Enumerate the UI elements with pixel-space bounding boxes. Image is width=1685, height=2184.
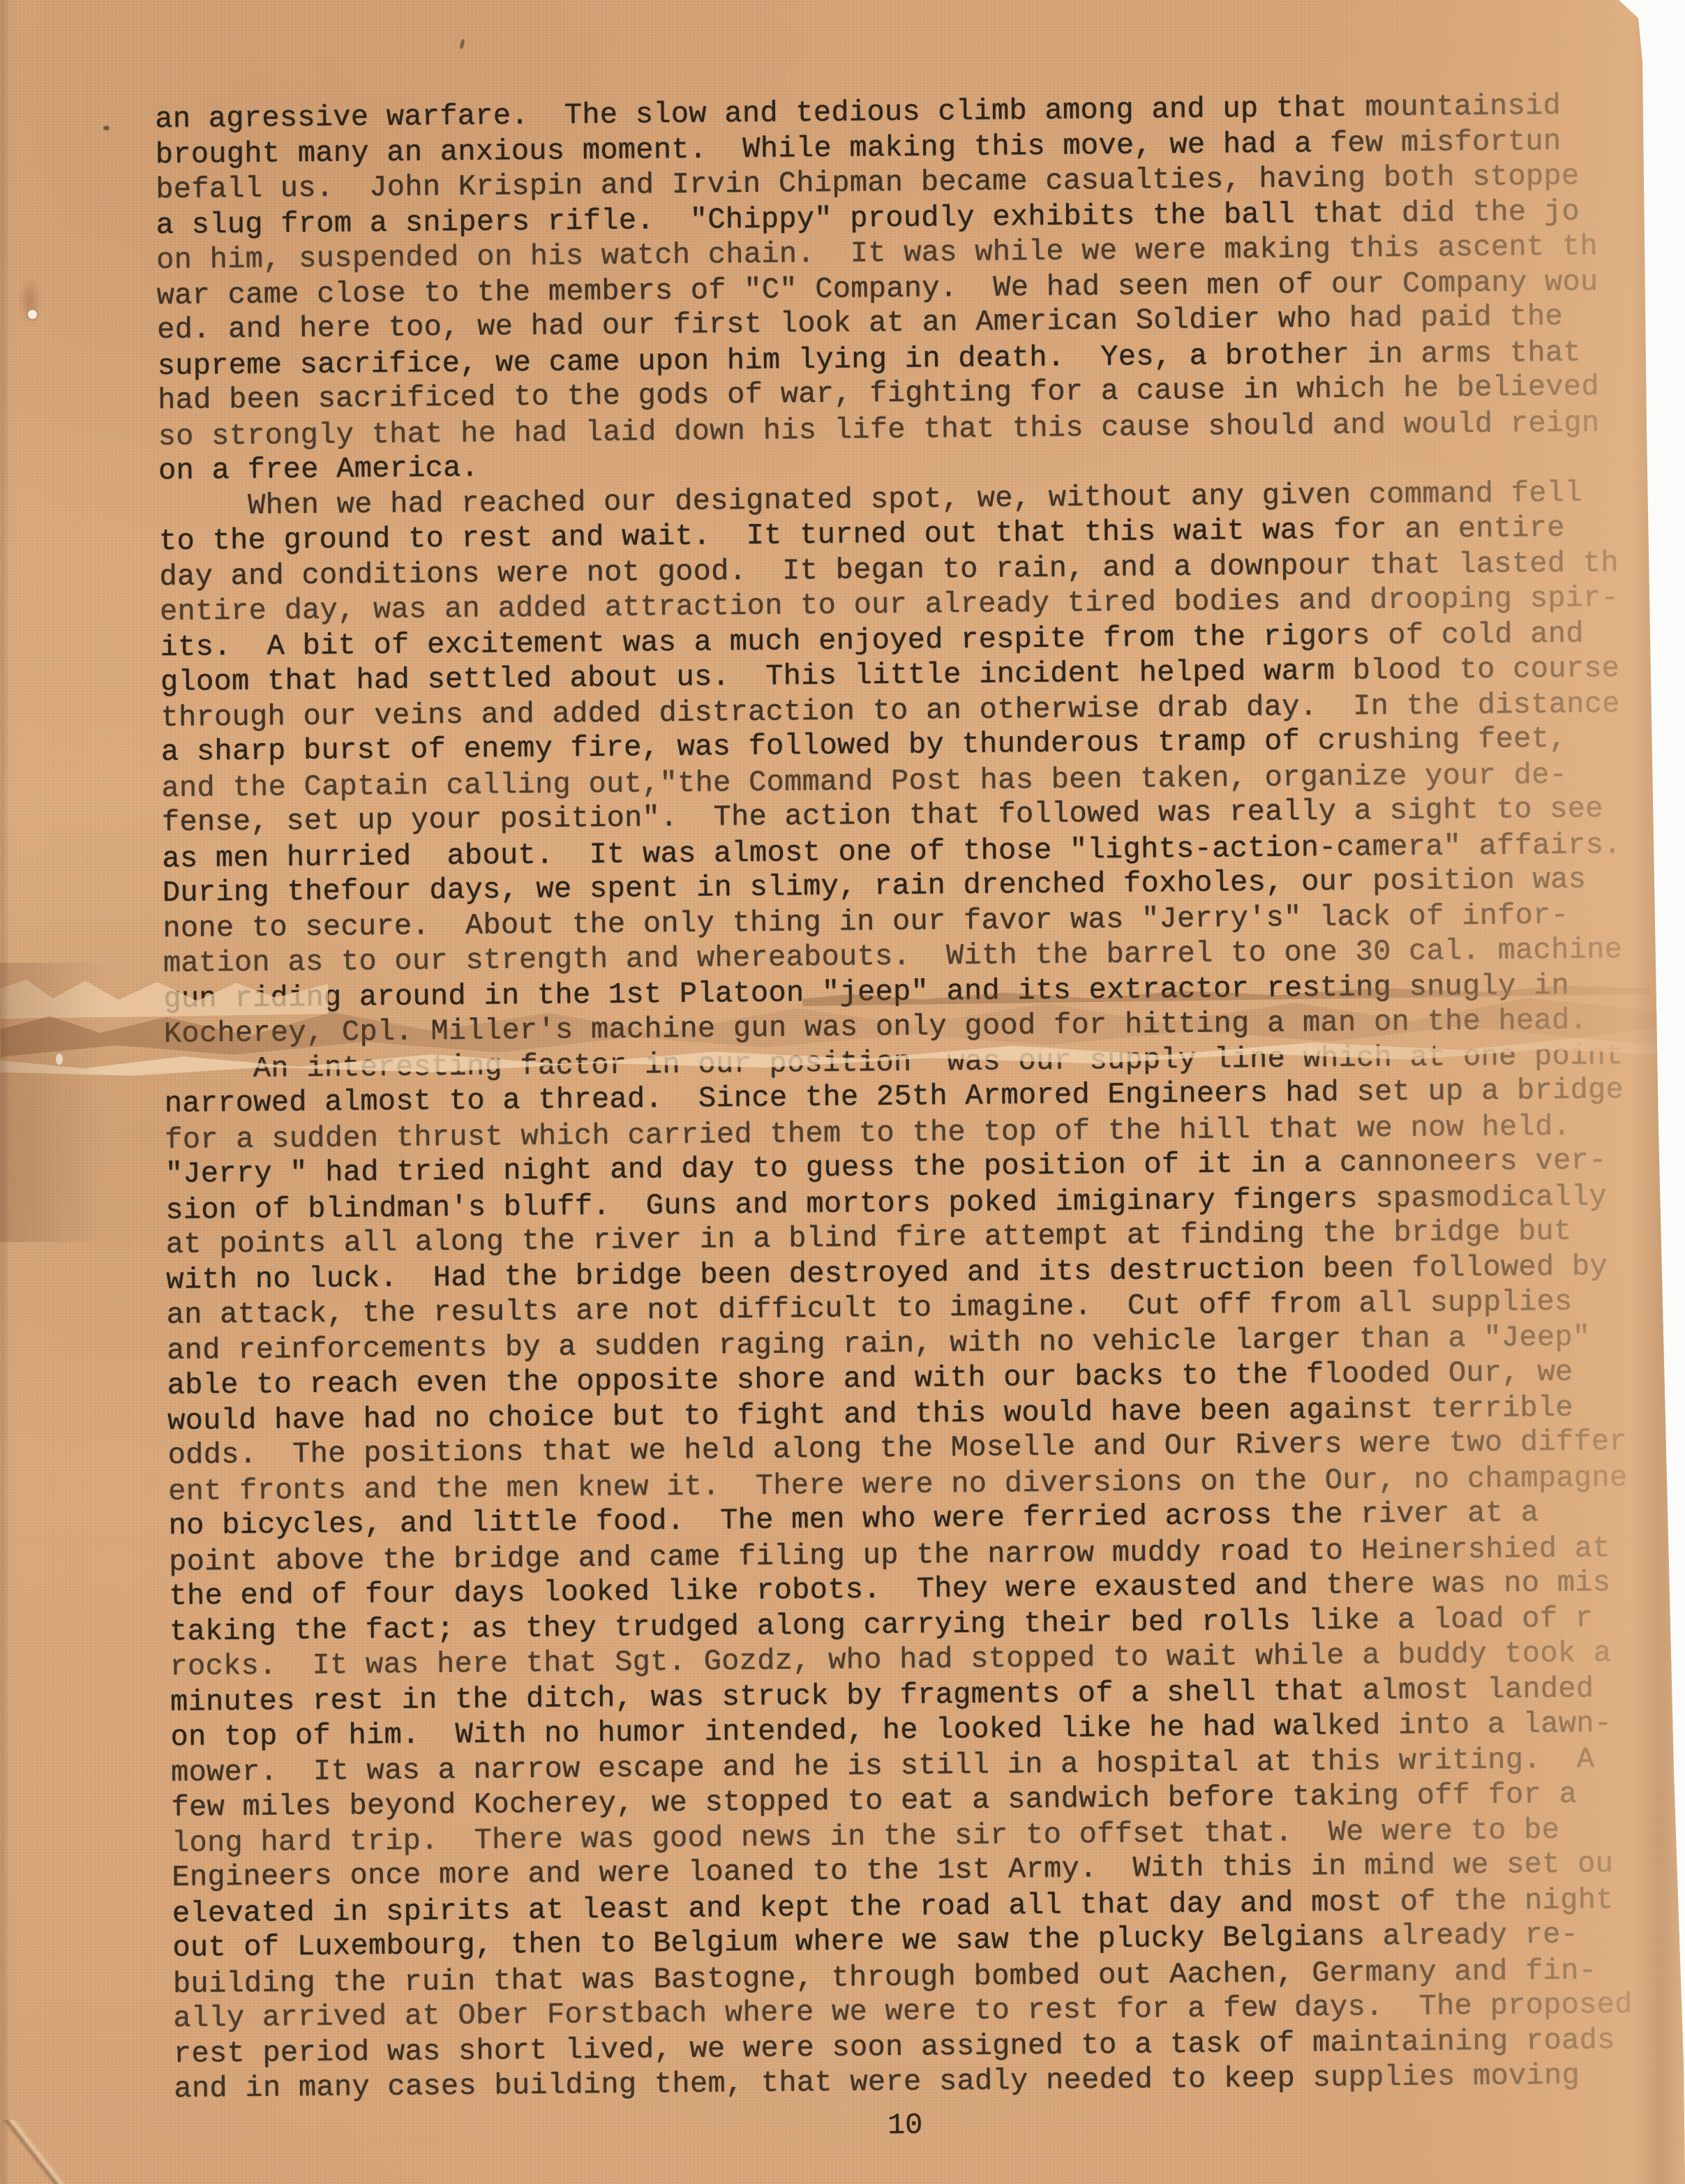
wrinkle-mark xyxy=(18,276,42,325)
bottom-left-fold-line xyxy=(0,2120,67,2184)
ink-speck xyxy=(103,126,110,130)
left-edge-fold-shadow xyxy=(0,963,105,1242)
paper-sheet: an agressive warfare. The slow and tedio… xyxy=(0,0,1685,2184)
tear-highlight-dot xyxy=(56,1054,63,1065)
scanned-document-page: an agressive warfare. The slow and tedio… xyxy=(0,0,1685,2184)
page-number: 10 xyxy=(888,2109,923,2142)
typed-text-block: an agressive warfare. The slow and tedio… xyxy=(155,87,1685,2107)
ink-speck xyxy=(459,39,465,50)
wrinkle-highlight-dot xyxy=(28,310,37,319)
